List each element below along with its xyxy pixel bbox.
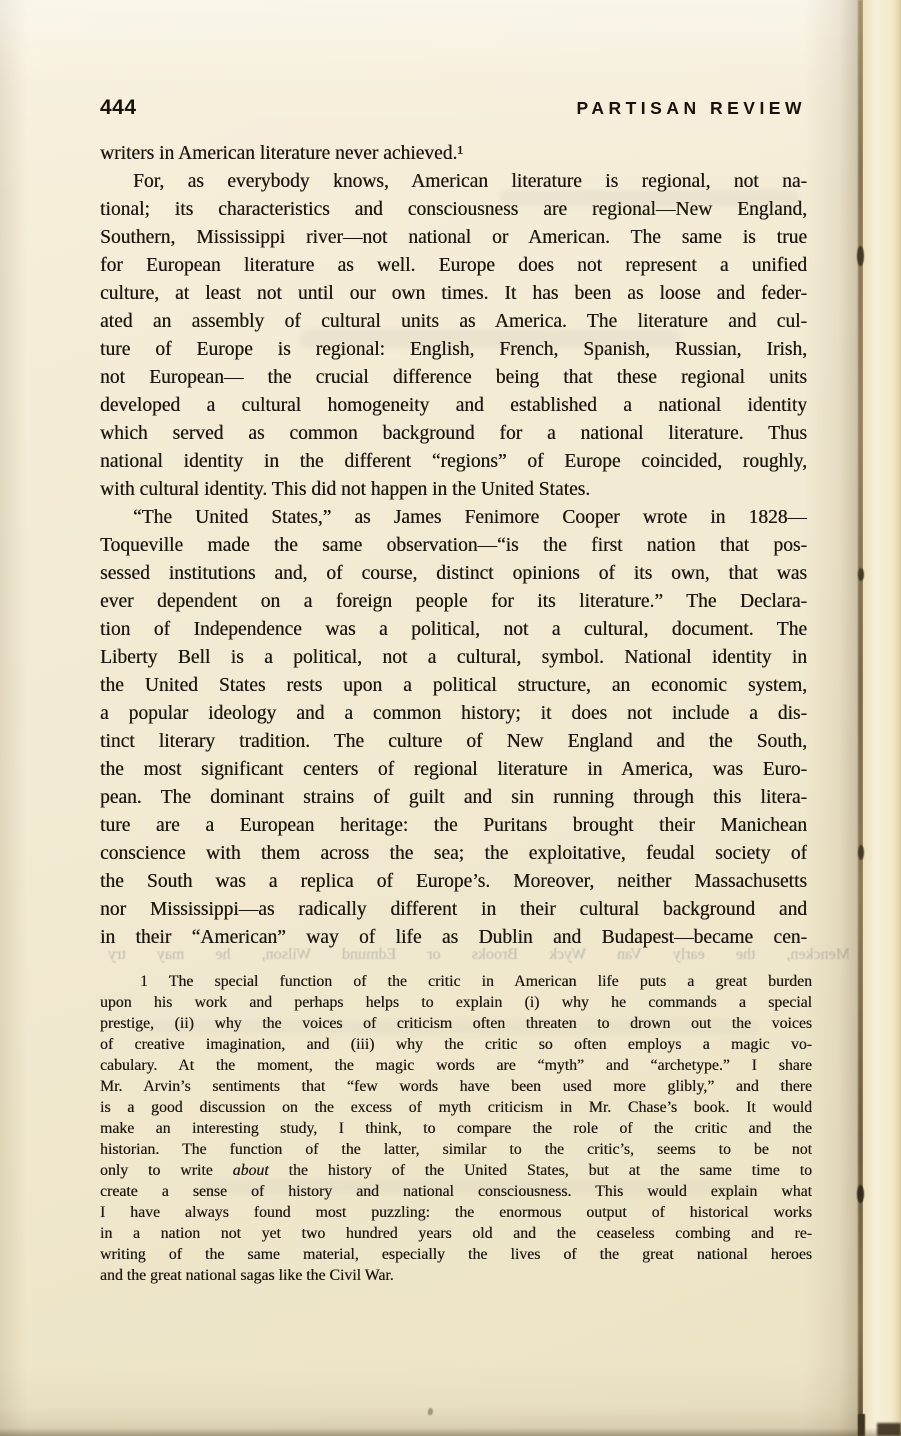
body-text-line: Southern, Mississippi river—not national… [100, 224, 807, 252]
footnote-line: create a sense of history and national c… [100, 1181, 812, 1202]
gutter-shadow [803, 0, 863, 1436]
body-text-line: conscience with them across the sea; the… [100, 840, 807, 868]
footnote-line: and the great national sagas like the Ci… [100, 1265, 812, 1286]
body-text-line: ture of Europe is regional: English, Fre… [100, 336, 807, 364]
body-text-line: the South was a replica of Europe’s. Mor… [100, 868, 807, 896]
body-text-line: ture are a European heritage: the Purita… [100, 812, 807, 840]
footnote-line: I have always found most puzzling: the e… [100, 1202, 812, 1223]
footnote-line: 1 The special function of the critic in … [100, 971, 812, 992]
body-text-line: For, as everybody knows, American litera… [100, 168, 807, 196]
body-text-line: ated an assembly of cultural units as Am… [100, 308, 807, 336]
footnote-line: Mr. Arvin’s sentiments that “few words h… [100, 1076, 812, 1097]
body-text-line: not European— the crucial difference bei… [100, 364, 807, 392]
footnote-line: in a nation not yet two hundred years ol… [100, 1223, 812, 1244]
footnote-line: of creative imagination, and (iii) why t… [100, 1034, 812, 1055]
footnote-line: only to write about the history of the U… [100, 1160, 812, 1181]
paper-speck [428, 1408, 433, 1415]
body-text-line: ever dependent on a foreign people for i… [100, 588, 807, 616]
body-text-line: Liberty Bell is a political, not a cultu… [100, 644, 807, 672]
scanned-book-page: 444 PARTISAN REVIEW writers in American … [0, 0, 901, 1436]
page-number: 444 [100, 96, 137, 120]
ink-mark [857, 246, 864, 266]
footnote-line: is a good discussion on the excess of my… [100, 1097, 812, 1118]
footnote-line: prestige, (ii) why the voices of critici… [100, 1013, 812, 1034]
body-text-line: culture, at least not until our own time… [100, 280, 807, 308]
page-bottom-edge [0, 1428, 901, 1436]
footnote-line: upon his work and perhaps helps to expla… [100, 992, 812, 1013]
footnote-line: make an interesting study, I think, to c… [100, 1118, 812, 1139]
body-column: writers in American literature never ach… [100, 140, 807, 952]
body-text-line: tinct literary tradition. The culture of… [100, 728, 807, 756]
body-text-line: “The United States,” as James Fenimore C… [100, 504, 807, 532]
body-text-line: which served as common background for a … [100, 420, 807, 448]
body-text-line: tion of Independence was a political, no… [100, 616, 807, 644]
body-text-line: a popular ideology and a common history;… [100, 700, 807, 728]
adjacent-page-edge [863, 0, 901, 1436]
body-text-line: writers in American literature never ach… [100, 140, 807, 168]
body-text-line: sessed institutions and, of course, dist… [100, 560, 807, 588]
body-text-line: developed a cultural homogeneity and est… [100, 392, 807, 420]
footnote-line: cabulary. At the moment, the magic words… [100, 1055, 812, 1076]
body-text-line: with cultural identity. This did not hap… [100, 476, 807, 504]
body-text-line: the United States rests upon a political… [100, 672, 807, 700]
body-text-line: the most significant centers of regional… [100, 756, 807, 784]
body-text-line: for European literature as well. Europe … [100, 252, 807, 280]
body-text-line: tional; its characteristics and consciou… [100, 196, 807, 224]
footnote-line: writing of the same material, especially… [100, 1244, 812, 1265]
running-head: 444 PARTISAN REVIEW [100, 96, 806, 120]
ink-mark [858, 568, 864, 581]
ink-mark [858, 845, 864, 860]
footnote-column: 1 The special function of the critic in … [100, 971, 812, 1286]
journal-title: PARTISAN REVIEW [576, 98, 806, 119]
showthrough-mirrored-text: Mencken, the early Van Wyck Brooks or Ed… [108, 945, 850, 965]
body-text-line: nor Mississippi—as radically different i… [100, 896, 807, 924]
body-text-line: pean. The dominant strains of guilt and … [100, 784, 807, 812]
footnote-line: historian. The function of the latter, s… [100, 1139, 812, 1160]
ink-mark [857, 1185, 864, 1203]
body-text-line: Toqueville made the same observation—“is… [100, 532, 807, 560]
body-text-line: national identity in the different “regi… [100, 448, 807, 476]
